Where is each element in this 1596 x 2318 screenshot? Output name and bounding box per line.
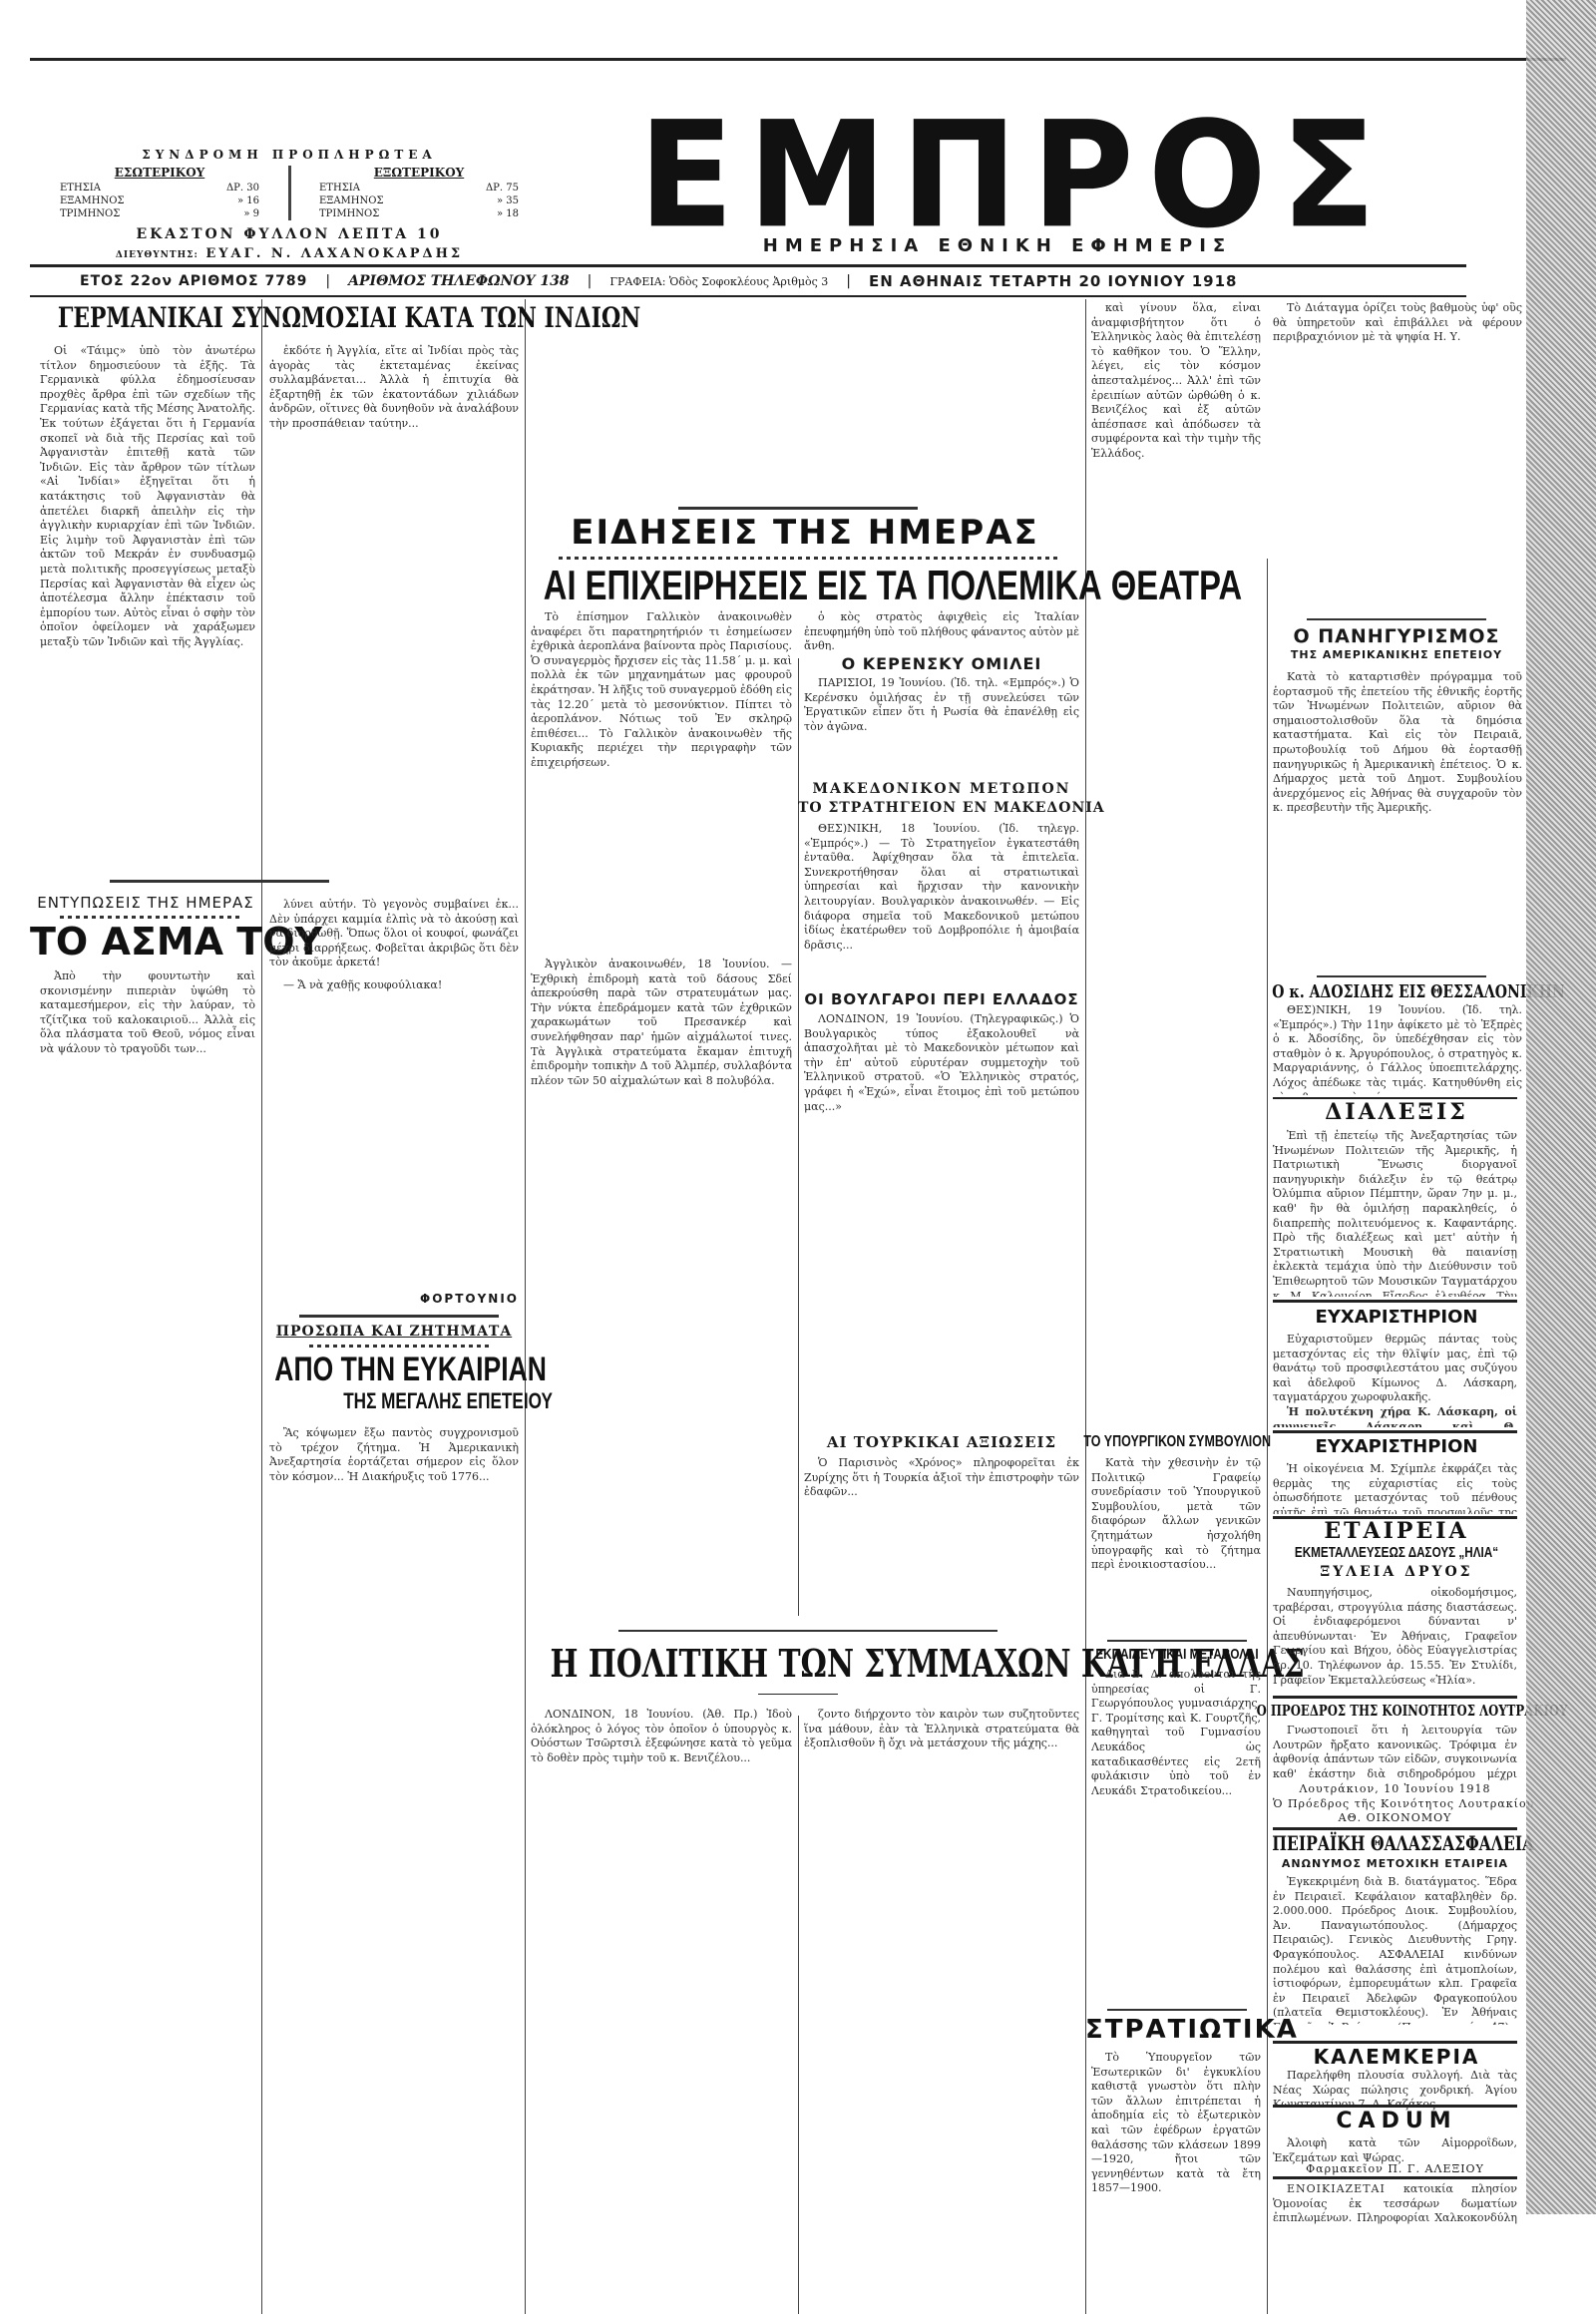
infobar-top-rule xyxy=(30,264,1466,267)
subscription-row: ΕΞΑΜΗΝΟΣ» 35 xyxy=(319,194,519,207)
wavy-divider xyxy=(309,1345,489,1348)
loutraki-headline: Ο ΠΡΟΕΔΡΟΣ ΤΗΣ ΚΟΙΝΟΤΗΤΟΣ ΛΟΥΤΡΑΚΙΟΥ xyxy=(1257,1702,1537,1720)
forestry-body: Ναυπηγήσιμος, οἰκοδομήσιμος, τραβέρσαι, … xyxy=(1273,1586,1517,1694)
newspaper-title: ΕΜΠΡΟΣ xyxy=(638,119,1377,234)
forestry-headline-1: ΕΤΑΙΡΕΙΑ xyxy=(1267,1518,1526,1544)
ornament-divider xyxy=(1107,2009,1247,2011)
subscription-row: ΕΞΑΜΗΝΟΣ» 16 xyxy=(60,194,259,207)
bulgarians-headline: ΟΙ ΒΟΥΛΓΑΡΟΙ ΠΕΡΙ ΕΛΛΑΔΟΣ xyxy=(798,990,1085,1008)
ornament-divider xyxy=(678,507,918,510)
insurance-headline: ΠΕΙΡΑΪΚΗ ΘΑΛΑΣΣΑΣΦΑΛΕΙΑ xyxy=(1272,1831,1521,1855)
infobar: ΕΤΟΣ 22ον ΑΡΙΘΜΟΣ 7789 | ΑΡΙΘΜΟΣ ΤΗΛΕΦΩΝ… xyxy=(80,270,1466,292)
thanks-2-headline: ΕΥΧΑΡΙΣΤΗΡΙΟΝ xyxy=(1267,1436,1526,1457)
calemkeria-headline: ΚΑΛΕΜΚΕΡΙΑ xyxy=(1267,2045,1526,2069)
separator: | xyxy=(846,273,851,289)
wavy-divider xyxy=(60,916,239,919)
ad-rule xyxy=(1273,1696,1517,1699)
thanks-1-body: Εὐχαριστοῦμεν θερμῶς πάντας τοὺς μετασχό… xyxy=(1273,1333,1517,1427)
english-communique: Ἀγγλικὸν ἀνακοινωθέν, 18 Ἰουνίου. — Ἐχθρ… xyxy=(531,958,792,1606)
allies-policy-body-left: ΛΟΝΔΙΝΟΝ, 18 Ἰουνίου. (Ἀθ. Πρ.) Ἰδοὺ ὁλό… xyxy=(531,1708,792,2306)
ministerial-council-body: Κατὰ τὴν χθεσινὴν ἐν τῷ Πολιτικῷ Γραφείῳ… xyxy=(1091,1456,1261,1636)
loutraki-signature-name: ΑΘ. ΟΙΚΟΝΟΜΟΥ xyxy=(1273,1811,1517,1824)
subscription-row: ΕΤΗΣΙΑΔΡ. 75 xyxy=(319,182,519,194)
ornament-divider xyxy=(110,880,329,883)
news-headline: ΑΙ ΕΠΙΧΕΙΡΗΣΕΙΣ ΕΙΣ ΤΑ ΠΟΛΕΜΙΚΑ ΘΕΑΤΡΑ xyxy=(544,562,1072,609)
director-line: ΔΙΕΥΘΥΝΤΗΣ: ΕΥΑΓ. Ν. ΛΑΧΑΝΟΚΑΡΔΗΣ xyxy=(60,246,519,261)
education-changes-body: Διὰ Β. Δ. ἀπολύονται τῆς ὑπηρεσίας οἱ Γ.… xyxy=(1091,1668,1261,1967)
subscription-row: ΤΡΙΜΗΝΟΣ» 9 xyxy=(60,207,259,220)
persons-issues-headline-2: ΤΗΣ ΜΕΓΑΛΗΣ ΕΠΕΤΕΙΟΥ xyxy=(343,1388,515,1414)
impressions-section-label: ΕΝΤΥΠΩΣΕΙΣ ΤΗΣ ΗΜΕΡΑΣ xyxy=(30,894,261,912)
ad-rule xyxy=(1273,1430,1517,1433)
subscription-box: ΣΥΝΔΡΟΜΗ ΠΡΟΠΛΗΡΩΤΕΑ ΕΣΩΤΕΡΙΚΟΥ ΕΤΗΣΙΑΔΡ… xyxy=(60,148,519,261)
column-rule xyxy=(261,878,262,2314)
loutraki-body: Γνωστοποιεῖ ὅτι ἡ λειτουργία τῶν Λουτρῶν… xyxy=(1273,1724,1517,1781)
american-top-body: Τὸ Διάταγμα ὁρίζει τοὺς βαθμοὺς ὑφ' οὓς … xyxy=(1273,301,1522,600)
german-conspiracies-body-left: Οἱ «Τάιμς» ὑπὸ τὸν ἀνωτέρω τίτλον δημοσι… xyxy=(40,344,255,863)
loutraki-signature-title: Ὁ Πρόεδρος τῆς Κοινότητος Λουτρακίου xyxy=(1273,1797,1517,1810)
ad-rule xyxy=(1273,2105,1517,2108)
education-changes-headline: ΕΚΠΑΙΔΕΥΤΙΚΑΙ ΜΕΤΑΒΟΛΑΙ xyxy=(1083,1646,1270,1663)
turkish-claims-body: Ὁ Παρισινὸς «Χρόνος» πληροφορεῖται ἐκ Ζυ… xyxy=(804,1456,1079,1611)
macedonian-front-subheadline: ΤΟ ΣΤΡΑΤΗΓΕΙΟΝ ΕΝ ΜΑΚΕΔΟΝΙΑ xyxy=(798,800,1085,816)
ministerial-council-headline: ΤΟ ΥΠΟΥΡΓΙΚΟΝ ΣΥΜΒΟΥΛΙΟΝ xyxy=(1083,1433,1270,1451)
forestry-headline-2: ΕΚΜΕΤΑΛΛΕΥΣΕΩΣ ΔΑΣΟΥΣ „ΗΛΙΑ“ xyxy=(1272,1544,1521,1561)
allies-policy-body-right: ζοντο διήρχοντο τὸν καιρὸν των συζητοῦντ… xyxy=(804,1708,1079,2306)
subscription-domestic-label: ΕΣΩΤΕΡΙΚΟΥ xyxy=(60,166,259,180)
subscription-row: ΤΡΙΜΗΝΟΣ» 18 xyxy=(319,207,519,220)
ornament-divider xyxy=(1107,1640,1247,1642)
kerensky-body: ΠΑΡΙΣΙΟΙ, 19 Ἰουνίου. (Ἰδ. τηλ. «Εμπρός»… xyxy=(804,676,1079,760)
year-issue: ΕΤΟΣ 22ον ΑΡΙΘΜΟΣ 7789 xyxy=(80,273,307,289)
allies-policy-headline: Η ΠΟΛΙΤΙΚΗ ΤΩΝ ΣΥΜΜΑΧΩΝ ΚΑΙ Η ΕΛΛΑΣ xyxy=(551,1641,1056,1686)
column-rule xyxy=(798,1716,799,2314)
ornament-divider xyxy=(618,1630,997,1632)
subscription-divider xyxy=(288,166,291,220)
column-rule xyxy=(261,299,262,888)
american-celebration-body: Κατὰ τὸ καταρτισθὲν πρόγραμμα τοῦ ἑορτασ… xyxy=(1273,670,1522,969)
impressions-signature: ΦΟΡΤΟΥΝΙΟ xyxy=(319,1292,519,1306)
macedonian-front-headline: ΜΑΚΕΔΟΝΙΚΟΝ ΜΕΤΩΠΟΝ xyxy=(798,781,1085,797)
subscription-title: ΣΥΝΔΡΟΜΗ ΠΡΟΠΛΗΡΩΤΕΑ xyxy=(60,148,519,162)
loutraki-place-date: Λουτράκιον, 10 Ἰουνίου 1918 xyxy=(1273,1782,1517,1795)
ornament-divider xyxy=(1307,618,1486,620)
top-rule xyxy=(30,58,1566,61)
separator: | xyxy=(325,273,330,289)
thanks-1-headline: ΕΥΧΑΡΙΣΤΗΡΙΟΝ xyxy=(1267,1307,1526,1328)
offices-address: ΓΡΑΦΕΙΑ: Ὁδὸς Σοφοκλέους Ἀριθμὸς 3 xyxy=(609,275,828,288)
military-headline: ΣΤΡΑΤΙΩΤΙΚΑ xyxy=(1085,2015,1267,2045)
news-body-left: Τὸ ἐπίσημον Γαλλικὸν ἀνακοινωθὲν ἀναφέρε… xyxy=(531,610,792,950)
ad-rule xyxy=(1273,1300,1517,1303)
persons-issues-body: Ἂς κόψωμεν ἔξω παντὸς συγχρονισμοῦ τὸ τρ… xyxy=(269,1426,519,2304)
impressions-body-right: λύνει αὐτήν. Τὸ γεγονὸς συμβαίνει ἐκ... … xyxy=(269,898,519,1227)
german-conspiracies-headline: ΓΕΡΜΑΝΙΚΑΙ ΣΥΝΩΜΟΣΙΑΙ ΚΑΤΑ ΤΩΝ ΙΝΔΙΩΝ xyxy=(58,301,467,334)
for-rent-label: ΕΝΟΙΚΙΑΖΕΤΑΙ xyxy=(1287,2182,1386,2195)
scan-edge xyxy=(1526,0,1596,2214)
military-body: Τὸ Ὑπουργεῖον τῶν Ἐσωτερικῶν δι' ἐγκυκλί… xyxy=(1091,2051,1261,2310)
bulgarians-body: ΛΟΝΔΙΝΟΝ, 19 Ἰουνίου. (Τηλεγραφικῶς.) Ὁ … xyxy=(804,1012,1079,1391)
ornament-divider xyxy=(1317,975,1486,977)
impressions-headline: ΤΟ ΑΣΜΑ ΤΟΥ xyxy=(30,920,261,964)
insurance-subheadline: ΑΝΩΝΥΜΟΣ ΜΕΤΟΧΙΚΗ ΕΤΑΙΡΕΙΑ xyxy=(1273,1857,1517,1870)
impressions-body: Ἀπὸ τὴν φουντωτὴν καὶ σκονισμένην πιπερι… xyxy=(40,969,255,2306)
issue-date: ΕΝ ΑΘΗΝΑΙΣ ΤΕΤΑΡΤΗ 20 ΙΟΥΝΙΟΥ 1918 xyxy=(869,272,1237,290)
separator: | xyxy=(588,273,593,289)
cadum-pharmacy: Φαρμακεῖον Π. Γ. ΑΛΕΞΙΟΥ xyxy=(1273,2162,1517,2175)
wavy-divider xyxy=(559,557,1057,560)
greek-column-body: καὶ γίνουν ὅλα, εἶναι ἀναμφισβήτητον ὅτι… xyxy=(1091,301,1261,1428)
american-celebration-headline-2: ΤΗΣ ΑΜΕΡΙΚΑΝΙΚΗΣ ΕΠΕΤΕΙΟΥ xyxy=(1267,648,1526,661)
adosidis-body: ΘΕΣ)ΝΙΚΗ, 19 Ἰουνίου. (Ἰδ. τηλ. «Ἐμπρός»… xyxy=(1273,1003,1522,1095)
lecture-body: Ἐπὶ τῇ ἐπετείῳ τῆς Ἀνεξαρτησίας τῶν Ἡνωμ… xyxy=(1273,1129,1517,1297)
forestry-headline-3: ΞΥΛΕΙΑ ΔΡΥΟΣ xyxy=(1267,1564,1526,1580)
macedonian-front-body: ΘΕΣ)ΝΙΚΗ, 18 Ἰουνίου. (Ἰδ. τηλεγρ. «Ἐμπρ… xyxy=(804,822,1079,971)
adosidis-headline: Ο κ. ΑΔΟΣΙΔΗΣ ΕΙΣ ΘΕΣΣΑΛΟΝΙΚΗΝ xyxy=(1272,981,1521,1002)
insurance-body: Ἐγκεκριμένη διὰ Β. διατάγματος. Ἕδρα ἐν … xyxy=(1273,1875,1517,2025)
news-body-mid: ὁ κὸς στρατὸς ἀφιχθεὶς εἰς Ἰταλίαν ἐπευφ… xyxy=(804,610,1079,650)
column-rule xyxy=(525,299,526,2314)
for-rent-ad: ΕΝΟΙΚΙΑΖΕΤΑΙ κατοικία πλησίον Ὁμονοίας ἐ… xyxy=(1273,2182,1517,2226)
thanks-2-body: Ἡ οἰκογένεια Μ. Σχίμπλε ἐκφράζει τὰς θερ… xyxy=(1273,1462,1517,1514)
american-celebration-headline-1: Ο ΠΑΝΗΓΥΡΙΣΜΟΣ xyxy=(1267,625,1526,647)
turkish-claims-headline: ΑΙ ΤΟΥΡΚΙΚΑΙ ΑΞΙΩΣΕΙΣ xyxy=(798,1433,1085,1451)
ad-rule xyxy=(1273,1827,1517,1830)
subscription-row: ΕΤΗΣΙΑΔΡ. 30 xyxy=(60,182,259,194)
subscription-domestic: ΕΣΩΤΕΡΙΚΟΥ ΕΤΗΣΙΑΔΡ. 30 ΕΞΑΜΗΝΟΣ» 16 ΤΡΙ… xyxy=(60,166,259,220)
kerensky-headline: Ο ΚΕΡΕΝΣΚΥ ΟΜΙΛΕΙ xyxy=(798,654,1085,673)
subscription-foreign-label: ΕΞΩΤΕΡΙΚΟΥ xyxy=(319,166,519,180)
phone-number: ΑΡΙΘΜΟΣ ΤΗΛΕΦΩΝΟΥ 138 xyxy=(348,273,570,289)
cadum-headline: CADUM xyxy=(1267,2109,1526,2133)
newspaper-subtitle: ΗΜΕΡΗΣΙΑ ΕΘΝΙΚΗ ΕΦΗΜΕΡΙΣ xyxy=(678,235,1317,256)
lecture-headline: ΔΙΑΛΕΞΙΣ xyxy=(1267,1099,1526,1125)
issue-price: ΕΚΑΣΤΟΝ ΦΥΛΛΟΝ ΛΕΠΤΑ 10 xyxy=(60,226,519,242)
news-section-label: ΕΙΔΗΣΕΙΣ ΤΗΣ ΗΜΕΡΑΣ xyxy=(525,513,1085,553)
ornament-divider xyxy=(299,1315,499,1318)
ad-rule xyxy=(1273,2176,1517,2179)
persons-issues-section-label: ΠΡΟΣΩΠΑ ΚΑΙ ΖΗΤΗΜΑΤΑ xyxy=(269,1324,519,1340)
infobar-bottom-rule xyxy=(30,295,1466,297)
persons-issues-headline-1: ΑΠΟ ΤΗΝ ΕΥΚΑΙΡΙΑΝ xyxy=(274,1351,453,1389)
german-conspiracies-body-right: ἐκδότε ἡ Ἀγγλία, εἴτε αἱ Ἰνδίαι πρὸς τὰς… xyxy=(269,344,519,863)
subscription-foreign: ΕΞΩΤΕΡΙΚΟΥ ΕΤΗΣΙΑΔΡ. 75 ΕΞΑΜΗΝΟΣ» 35 ΤΡΙ… xyxy=(319,166,519,220)
headline-underline xyxy=(758,1694,838,1695)
ad-rule xyxy=(1273,2041,1517,2044)
